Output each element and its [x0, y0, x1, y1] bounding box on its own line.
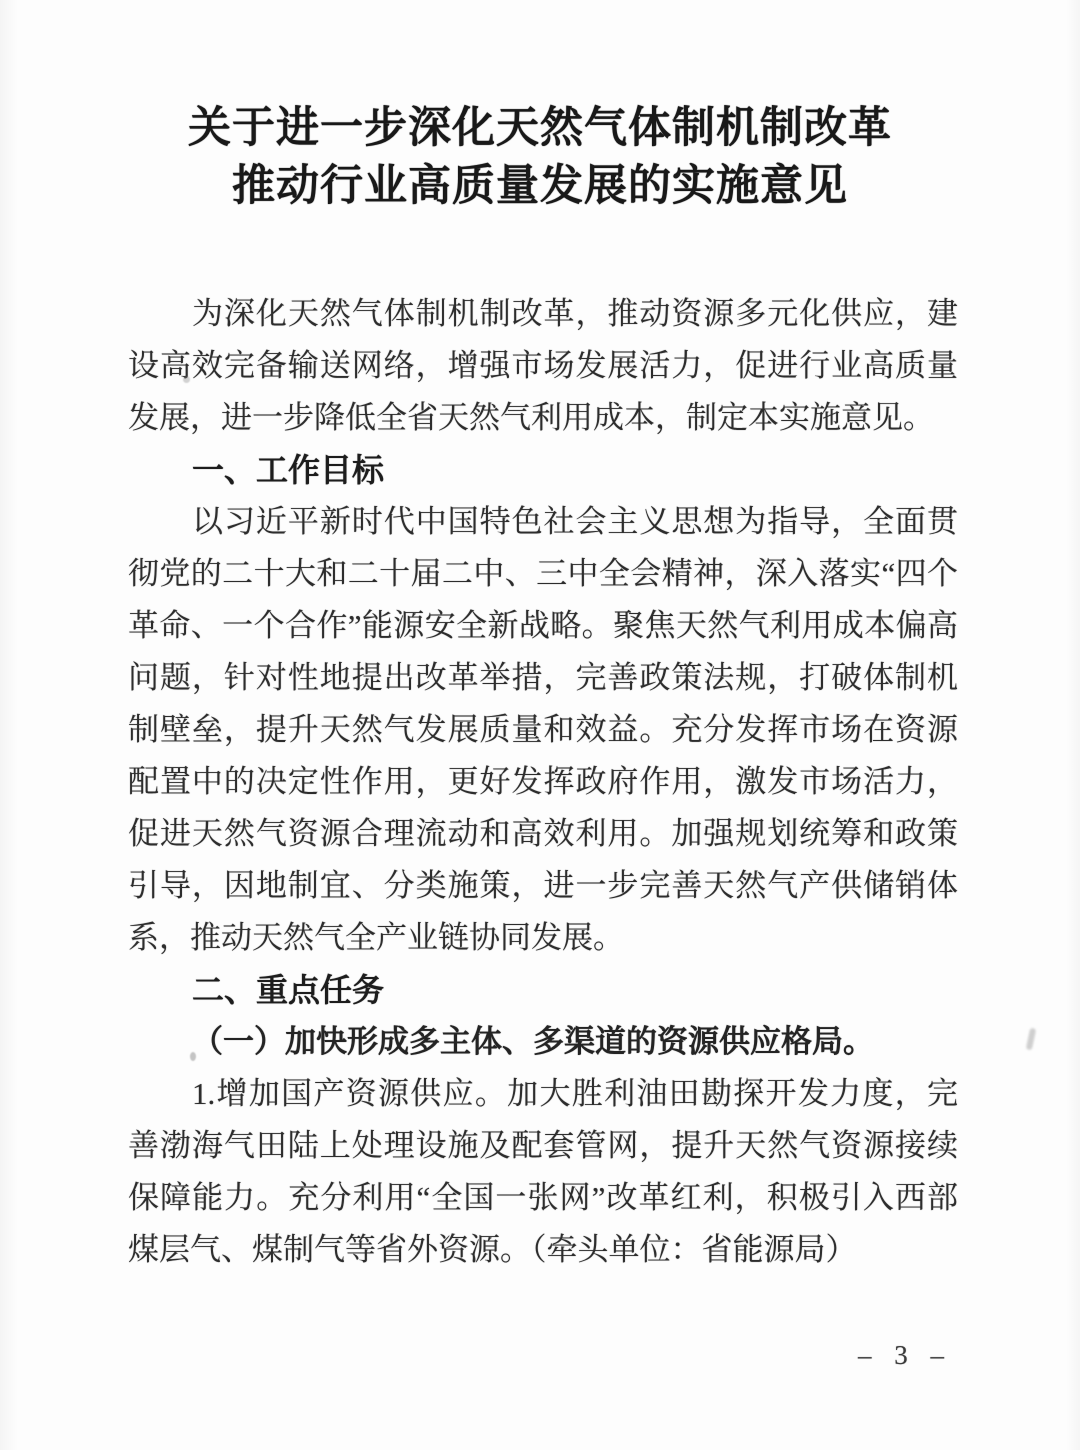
scan-artifact: [1026, 1028, 1036, 1051]
section-heading-key-tasks: 二、重点任务: [128, 964, 958, 1016]
page-footer: – 3 –: [858, 1340, 952, 1371]
section-heading-work-goals: 一、工作目标: [128, 444, 958, 496]
document-title-line1: 关于进一步深化天然气体制机制改革: [0, 100, 1080, 158]
document-title: 关于进一步深化天然气体制机制改革 推动行业高质量发展的实施意见: [0, 0, 1080, 216]
task-1-paragraph: 1.增加国产资源供应。加大胜利油田勘探开发力度，完善渤海气田陆上处理设施及配套管…: [128, 1068, 958, 1276]
page-number: – 3 –: [858, 1340, 952, 1370]
document-body: 为深化天然气体制机制改革，推动资源多元化供应，建设高效完备输送网络，增强市场发展…: [128, 288, 958, 1276]
document-title-line2: 推动行业高质量发展的实施意见: [0, 158, 1080, 216]
document-page: 关于进一步深化天然气体制机制改革 推动行业高质量发展的实施意见 为深化天然气体制…: [0, 0, 1080, 1450]
intro-paragraph: 为深化天然气体制机制改革，推动资源多元化供应，建设高效完备输送网络，增强市场发展…: [128, 288, 958, 444]
work-goals-paragraph: 以习近平新时代中国特色社会主义思想为指导，全面贯彻党的二十大和二十届二中、三中全…: [128, 496, 958, 964]
subsection-heading-supply-pattern: （一）加快形成多主体、多渠道的资源供应格局。: [128, 1016, 958, 1068]
